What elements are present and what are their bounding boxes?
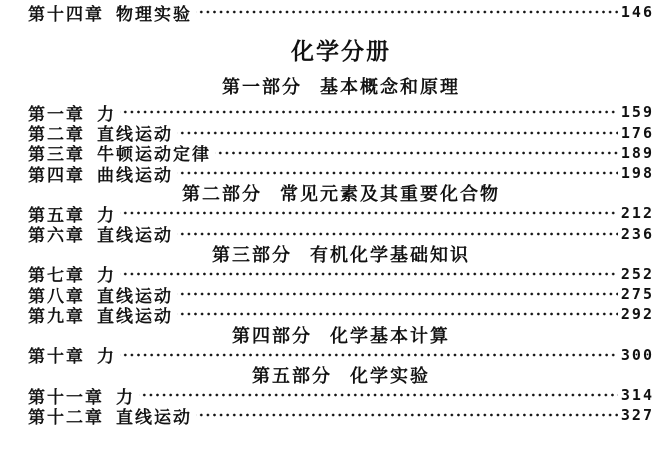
part-title: 化学基本计算: [330, 322, 450, 348]
page-number: 314: [621, 386, 654, 404]
chapter-label: 第九章: [28, 302, 85, 327]
chapter-label: 第十二章: [28, 403, 104, 428]
dot-leader: [177, 123, 618, 143]
chapter-title: 力: [97, 342, 116, 367]
page-number: 176: [621, 124, 654, 142]
page-number: 327: [621, 406, 654, 424]
page-number: 212: [621, 204, 654, 222]
part-title: 有机化学基础知识: [310, 241, 470, 267]
dot-leader: [139, 385, 618, 405]
chapter-title: 直线运动: [97, 221, 173, 246]
chapter-title: 直线运动: [116, 403, 192, 428]
dot-leader: [215, 143, 618, 163]
page-number: 198: [621, 164, 654, 182]
page-number: 236: [621, 225, 654, 243]
page-number: 292: [621, 305, 654, 323]
part-heading: 第四部分 化学基本计算: [28, 324, 654, 344]
page-number: 275: [621, 285, 654, 303]
toc-entry: 第十四章 物理实验 146: [28, 2, 654, 22]
part-label: 第四部分: [232, 322, 312, 348]
toc-page: 第十四章 物理实验 146 化学分册 第一部分 基本概念和原理 第一章 力 15…: [0, 0, 666, 454]
toc-entry: 第十二章 直线运动 327: [28, 405, 654, 425]
part-entries: 第一章 力 159 第二章 直线运动 176 第三章 牛顿运动定律 189 第四…: [28, 102, 654, 183]
chapter-label: 第六章: [28, 221, 85, 246]
book-title: 化学分册: [28, 36, 654, 66]
page-number: 146: [621, 3, 654, 21]
part-title: 化学实验: [350, 362, 430, 388]
part-heading: 第二部分 常见元素及其重要化合物: [28, 183, 654, 203]
dot-leader: [196, 405, 618, 425]
page-number: 300: [621, 346, 654, 364]
part-entries: 第十一章 力 314 第十二章 直线运动 327: [28, 385, 654, 425]
part-label: 第二部分: [182, 180, 262, 206]
chapter-title: 直线运动: [97, 302, 173, 327]
page-number: 252: [621, 265, 654, 283]
part-heading: 第三部分 有机化学基础知识: [28, 244, 654, 264]
page-number: 189: [621, 144, 654, 162]
part-entries: 第五章 力 212 第六章 直线运动 236: [28, 203, 654, 243]
part-entries: 第十章 力 300: [28, 345, 654, 365]
part-label: 第三部分: [212, 241, 292, 267]
page-number: 159: [621, 103, 654, 121]
chapter-label: 第十四章: [28, 0, 104, 25]
chapter-title: 物理实验: [116, 0, 192, 25]
dot-leader: [120, 102, 618, 122]
dot-leader: [120, 203, 618, 223]
part-heading: 第一部分 基本概念和原理: [28, 76, 654, 96]
chapter-label: 第四章: [28, 161, 85, 186]
part-title: 常见元素及其重要化合物: [280, 180, 500, 206]
chapter-title: 曲线运动: [97, 161, 173, 186]
part-label: 第五部分: [252, 362, 332, 388]
part-title: 基本概念和原理: [320, 73, 460, 99]
toc-entry: 第十章 力 300: [28, 345, 654, 365]
dot-leader: [177, 284, 618, 304]
dot-leader: [196, 2, 618, 22]
dot-leader: [120, 264, 618, 284]
chapter-label: 第十章: [28, 342, 85, 367]
part-label: 第一部分: [222, 73, 302, 99]
part-entries: 第七章 力 252 第八章 直线运动 275 第九章 直线运动 292: [28, 264, 654, 325]
